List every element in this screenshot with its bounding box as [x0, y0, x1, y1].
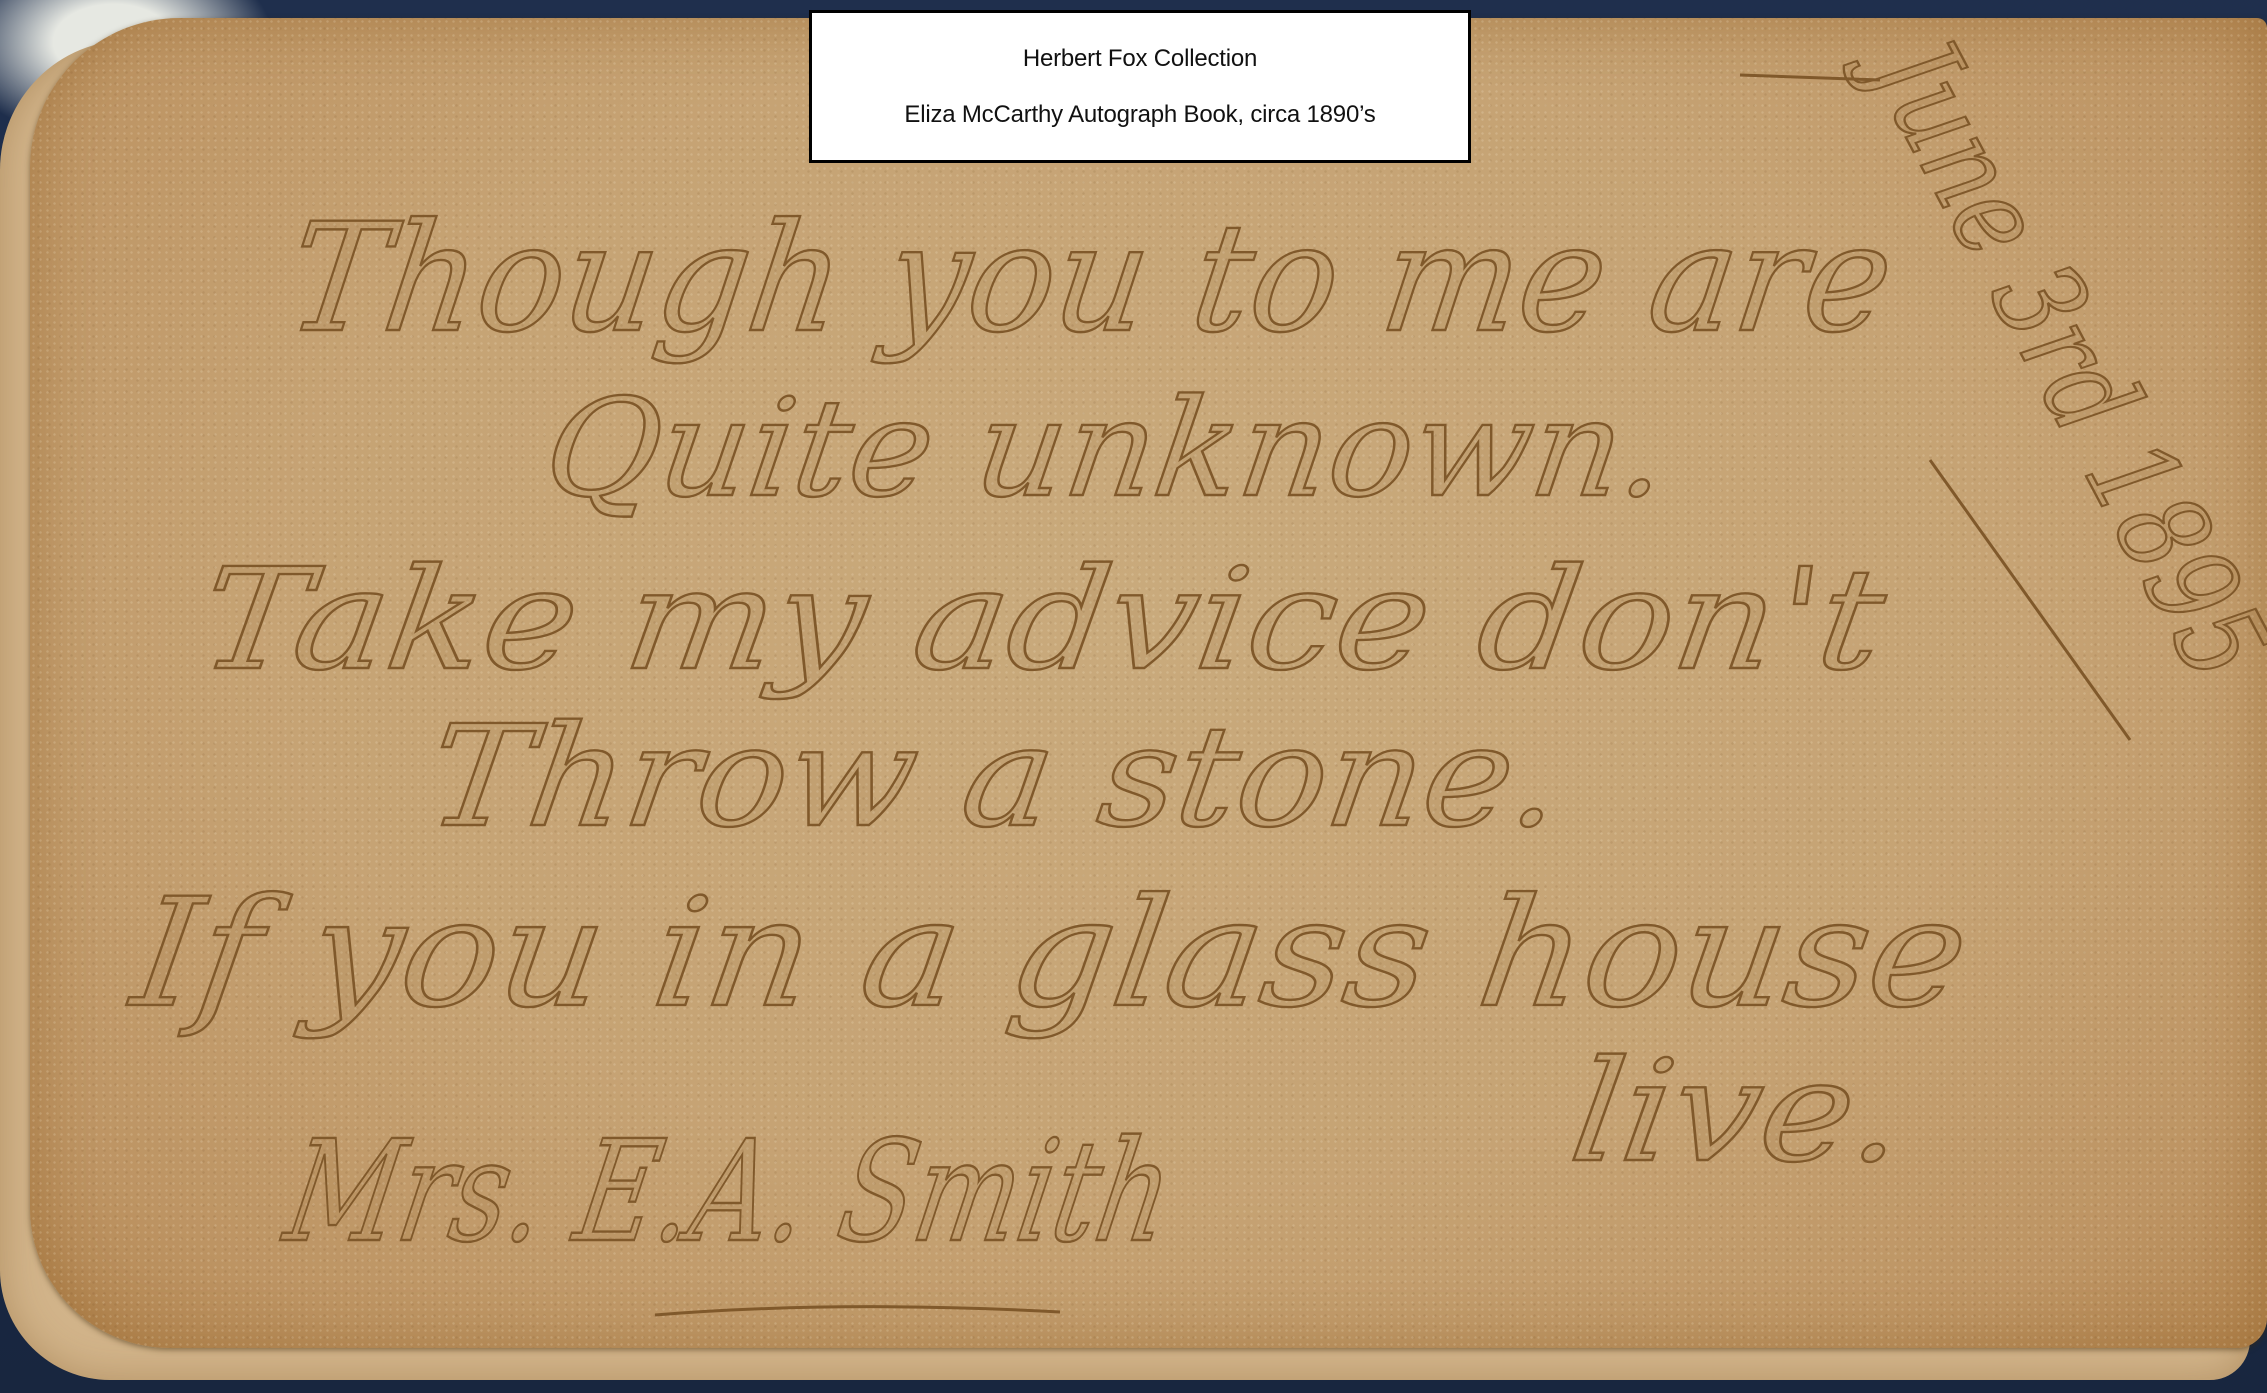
handwritten-inscription: Though you to me are Quite unknown. Take… — [0, 0, 2267, 1393]
verse-line-5: If you in a glass house — [120, 866, 1978, 1041]
verse-line-1: Though you to me are — [279, 191, 1904, 366]
autograph-page-photo: Herbert Fox Collection Eliza McCarthy Au… — [0, 0, 2267, 1393]
date-text: June 3rd 1895 — [1836, 3, 2267, 701]
collection-title: Herbert Fox Collection — [1023, 45, 1257, 73]
date-annotation: June 3rd 1895 — [1836, 3, 2267, 701]
verse-line-4: Throw a stone. — [419, 696, 1572, 859]
verse-line-6: live. — [1562, 1031, 1915, 1194]
verse-line-3: Take my advice don't — [191, 539, 1894, 702]
verse-line-2: Quite unknown. — [536, 370, 1678, 527]
signature: Mrs. E.A. Smith — [273, 1111, 1184, 1274]
collection-subtitle: Eliza McCarthy Autograph Book, circa 189… — [904, 101, 1375, 129]
collection-label: Herbert Fox Collection Eliza McCarthy Au… — [809, 10, 1471, 163]
signature-underline — [655, 1307, 1060, 1315]
